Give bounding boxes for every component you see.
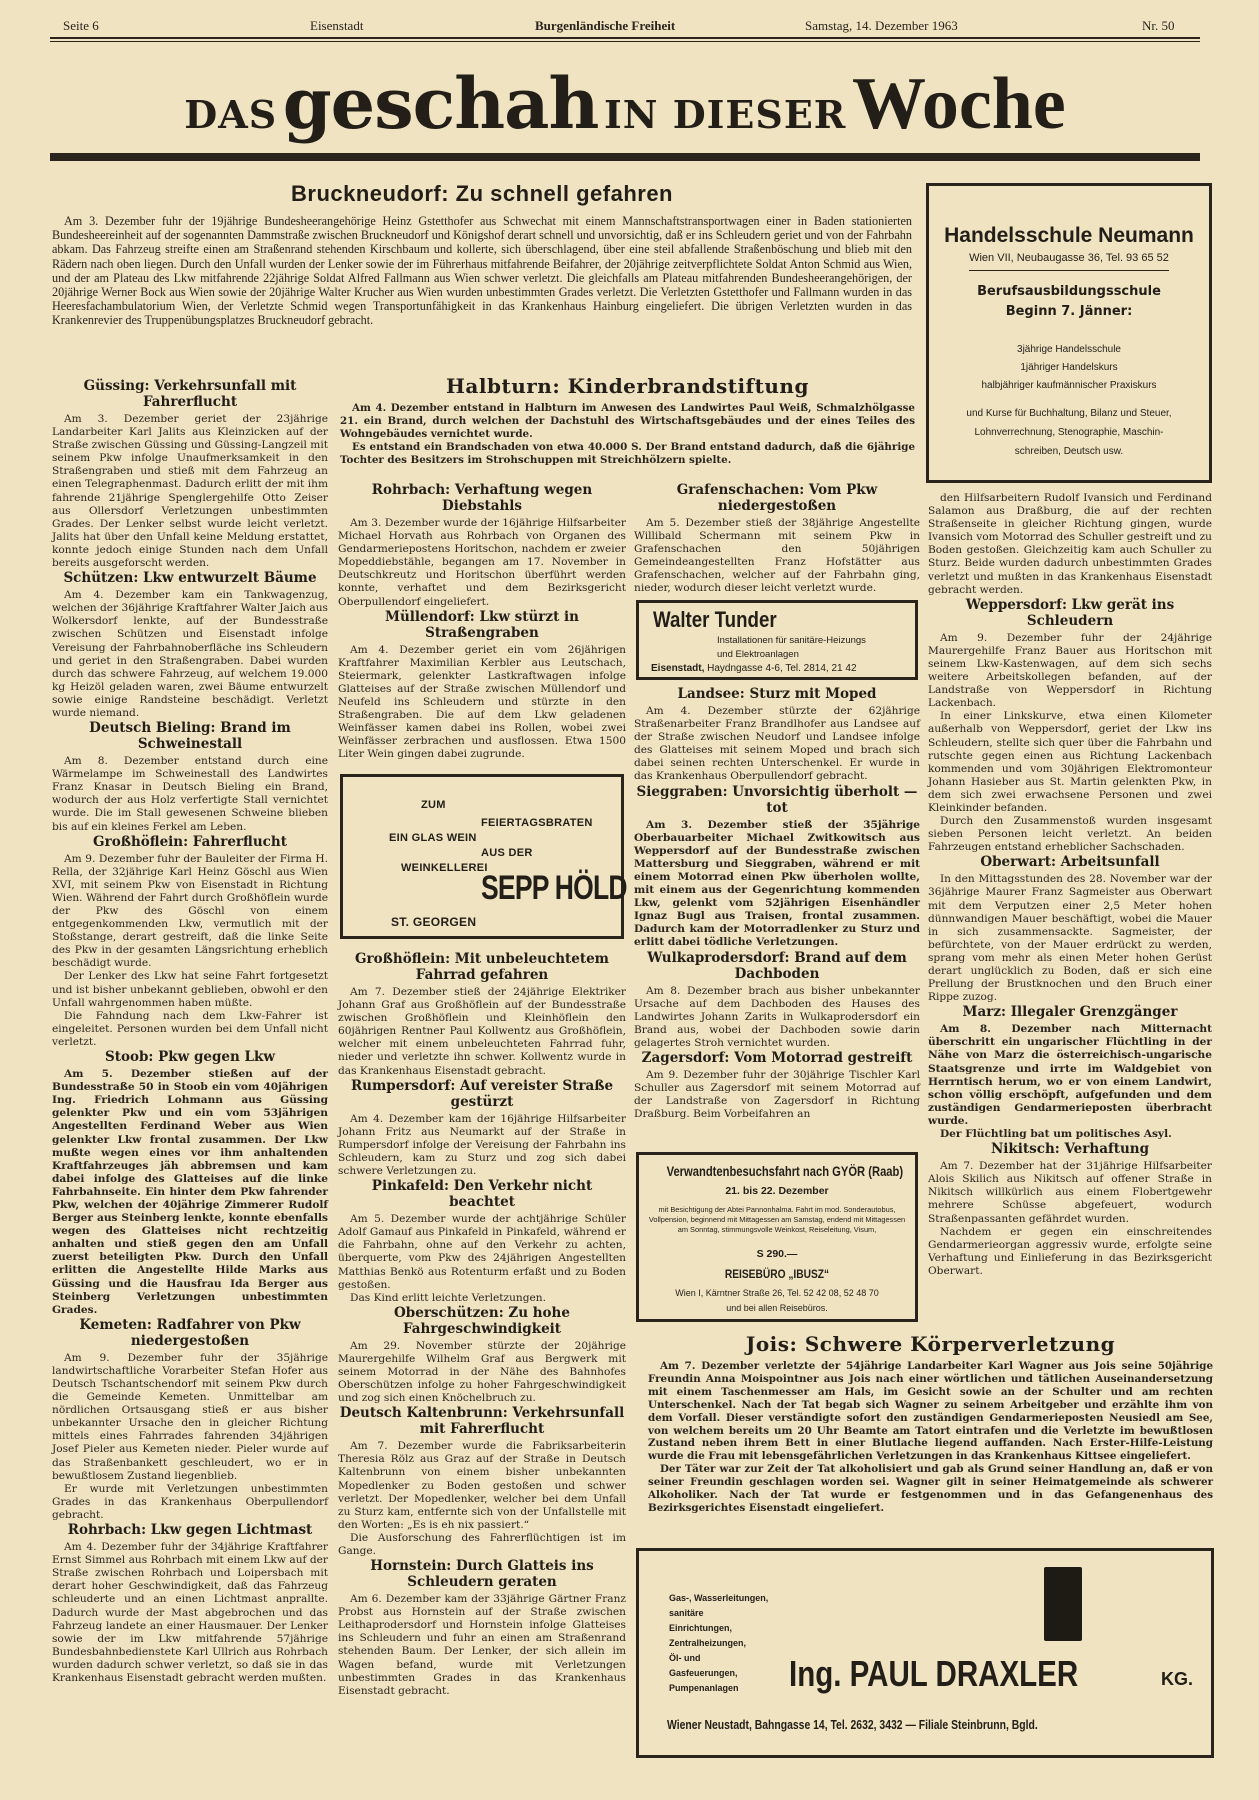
news-item: Schützen: Lkw entwurzelt BäumeAm 4. Deze… (52, 570, 328, 720)
ad-draxler-service: Zentralheizungen, (669, 1636, 768, 1651)
ad-neumann-divider (969, 270, 1169, 271)
news-item-paragraph: Am 6. Dezember kam der 33jährige Gärtner… (338, 1593, 626, 1698)
news-item-title: Oberwart: Arbeitsunfall (928, 854, 1212, 870)
news-item-paragraph: Am 8. Dezember nach Mitternacht überschr… (928, 1023, 1212, 1128)
ad-neumann-course-3: halbjähriger kaufmännischer Praxiskurs (929, 380, 1209, 391)
news-item-paragraph: Am 7. Dezember hat der 31jährige Hilfsar… (928, 1160, 1212, 1225)
news-item: Stoob: Pkw gegen LkwAm 5. Dezember stieß… (52, 1049, 328, 1317)
column-1: Güssing: Verkehrsunfall mit Fahrerflucht… (52, 378, 328, 1685)
ad-draxler-services: Gas-, Wasserleitungen, sanitäre Einricht… (669, 1591, 768, 1696)
news-item-paragraph: Am 4. Dezember stürzte der 62jährige Str… (634, 705, 920, 784)
news-item: Landsee: Sturz mit MopedAm 4. Dezember s… (634, 686, 920, 784)
news-item-paragraph: Am 3. Dezember wurde der 16jährige Hilfs… (338, 517, 626, 609)
news-item-title: Schützen: Lkw entwurzelt Bäume (52, 570, 328, 586)
ad-neumann-line1: Berufsausbildungsschule (929, 284, 1209, 299)
news-item-paragraph: In einer Linkskurve, etwa einen Kilomete… (928, 710, 1212, 815)
ad-tunder-city: Eisenstadt, (651, 663, 704, 674)
ad-tunder-line1: Installationen für sanitäre-Heizungs (717, 635, 866, 646)
news-item-title: Nikitsch: Verhaftung (928, 1141, 1212, 1157)
column-3-top: Grafenschachen: Vom Pkw niedergestoßenAm… (634, 482, 920, 596)
news-item-paragraph: Am 9. Dezember fuhr der 24jährige Maurer… (928, 632, 1212, 711)
ad-neumann-extra-2: Lohnverrechnung, Stenographie, Maschin- (929, 427, 1209, 438)
column-2-top: Rohrbach: Verhaftung wegen DiebstahlsAm … (338, 482, 626, 762)
halbturn-p1: Am 4. Dezember entstand in Halbturn im A… (340, 402, 915, 441)
news-item: Großhöflein: Mit unbeleuchtetem Fahrrad … (338, 951, 626, 1078)
ad-draxler-service: Pumpenanlagen (669, 1681, 768, 1696)
news-item-paragraph: Am 5. Dezember wurde der achtjährige Sch… (338, 1213, 626, 1292)
news-item-title: Grafenschachen: Vom Pkw niedergestoßen (634, 482, 920, 514)
column-4: den Hilfsarbeitern Rudolf Ivansich und F… (928, 492, 1212, 1278)
news-item: Deutsch Kaltenbrunn: Verkehrsunfall mit … (338, 1405, 626, 1558)
ad-tunder-name: Walter Tunder (653, 607, 777, 633)
halbturn-p2: Es entstand ein Brandschaden von etwa 40… (340, 441, 915, 467)
news-item: Sieggraben: Unvorsichtig überholt — totA… (634, 784, 920, 950)
news-item: Zagersdorf: Vom Motorrad gestreiftAm 9. … (634, 1050, 920, 1121)
ad-draxler-service: Einrichtungen, (669, 1621, 768, 1636)
news-item-title: Deutsch Kaltenbrunn: Verkehrsunfall mit … (338, 1405, 626, 1437)
news-item-paragraph: Am 4. Dezember kam der 16jährige Hilfsar… (338, 1113, 626, 1178)
ad-neumann-address: Wien VII, Neubaugasse 36, Tel. 93 65 52 (929, 252, 1209, 264)
news-item-paragraph: Der Lenker des Lkw hat seine Fahrt fortg… (52, 970, 328, 1009)
ad-draxler-address: Wiener Neustadt, Bahngasse 14, Tel. 2632… (667, 1717, 1038, 1732)
newspaper-name: Burgenländische Freiheit (535, 18, 675, 34)
news-item-title: Deutsch Bieling: Brand im Schweinestall (52, 720, 328, 752)
masthead-rule (50, 153, 1200, 161)
news-item-title: Großhöflein: Mit unbeleuchtetem Fahrrad … (338, 951, 626, 983)
news-item-paragraph: Die Fahndung nach dem Lkw-Fahrer ist ein… (52, 1010, 328, 1049)
ad-walter-tunder: Walter Tunder Installationen für sanitär… (636, 600, 918, 680)
section-masthead: DAS geschah IN DIESER Woche (50, 62, 1200, 156)
news-item-paragraph: Er wurde mit Verletzungen unbestimmten G… (52, 1483, 328, 1522)
jois-p1: Am 7. Dezember verletzte der 54jährige L… (648, 1360, 1213, 1463)
news-item-paragraph: Am 5. Dezember stießen auf der Bundesstr… (52, 1068, 328, 1317)
ad-sepp-line2: FEIERTAGSBRATEN (481, 817, 593, 829)
ad-tunder-address: Haydngasse 4-6, Tel. 2814, 21 42 (707, 663, 856, 674)
place-line: Eisenstadt (310, 18, 363, 34)
news-item-paragraph: Die Ausforschung des Fahrerflüchtigen is… (338, 1532, 626, 1558)
masthead-das: DAS (184, 92, 277, 137)
news-item: Deutsch Bieling: Brand im SchweinestallA… (52, 720, 328, 834)
ad-ibusz-address: Wien I, Kärntner Straße 26, Tel. 52 42 0… (639, 1288, 915, 1298)
ad-sepp-name: SEPP HÖLD (481, 869, 627, 908)
column-2-bottom: Großhöflein: Mit unbeleuchtetem Fahrrad … (338, 951, 626, 1698)
story-jois: Jois: Schwere Körperverletzung Am 7. Dez… (648, 1332, 1213, 1515)
news-item-paragraph: Am 7. Dezember wurde die Fabriksarbeiter… (338, 1440, 626, 1532)
news-item: Grafenschachen: Vom Pkw niedergestoßenAm… (634, 482, 920, 596)
news-item: Nikitsch: VerhaftungAm 7. Dezember hat d… (928, 1141, 1212, 1278)
news-item-title: Müllendorf: Lkw stürzt in Straßengraben (338, 609, 626, 641)
ad-ibusz-text: mit Besichtigung der Abtei Pannonhalma. … (647, 1205, 907, 1235)
news-item-paragraph: Am 4. Dezember kam ein Tankwagenzug, wel… (52, 589, 328, 720)
ad-tunder-line2: und Elektroanlagen (717, 649, 799, 660)
news-item-title: Zagersdorf: Vom Motorrad gestreift (634, 1050, 920, 1066)
news-item: Großhöflein: FahrerfluchtAm 9. Dezember … (52, 834, 328, 1049)
news-item: Güssing: Verkehrsunfall mit Fahrerflucht… (52, 378, 328, 570)
issue-number: Nr. 50 (1142, 18, 1175, 34)
news-item-title: Oberschützen: Zu hohe Fahrgeschwindigkei… (338, 1305, 626, 1337)
ad-draxler-service: sanitäre (669, 1606, 768, 1621)
ad-sepp-line3: EIN GLAS WEIN (389, 832, 477, 844)
masthead-woche: Woche (852, 63, 1066, 145)
ad-sepp-line4: AUS DER (481, 847, 533, 859)
news-item-title: Großhöflein: Fahrerflucht (52, 834, 328, 850)
ad-ibusz-footer: und bei allen Reisebüros. (639, 1303, 915, 1313)
ad-neumann-course-2: 1jähriger Handelskurs (929, 362, 1209, 373)
ad-ibusz-price: S 290.— (639, 1248, 915, 1260)
ad-draxler-suffix: KG. (1161, 1669, 1193, 1690)
news-item-paragraph: Am 9. Dezember fuhr der 30jährige Tischl… (634, 1069, 920, 1121)
news-item: Weppersdorf: Lkw gerät ins SchleudernAm … (928, 597, 1212, 855)
news-item-title: Rohrbach: Verhaftung wegen Diebstahls (338, 482, 626, 514)
masthead-geschah: geschah (283, 62, 599, 145)
news-item-paragraph: Am 3. Dezember stieß der 35jährige Oberb… (634, 819, 920, 950)
news-item-title: Pinkafeld: Den Verkehr nicht beachtet (338, 1178, 626, 1210)
ad-sepp-hoeld: ZUM FEIERTAGSBRATEN EIN GLAS WEIN AUS DE… (340, 774, 624, 939)
ad-draxler-name: Ing. PAUL DRAXLER (789, 1653, 1078, 1695)
news-item: Rohrbach: Verhaftung wegen DiebstahlsAm … (338, 482, 626, 609)
ad-sepp-line1: ZUM (421, 799, 446, 811)
jois-title: Jois: Schwere Körperverletzung (648, 1332, 1213, 1356)
news-item-paragraph: In den Mittagsstunden des 28. November w… (928, 873, 1212, 1004)
news-item-title: Stoob: Pkw gegen Lkw (52, 1049, 328, 1065)
ad-neumann-name: Handelsschule Neumann (929, 224, 1209, 248)
news-item-title: Rumpersdorf: Auf vereister Straße gestür… (338, 1078, 626, 1110)
news-item-title: Wulkaprodersdorf: Brand auf dem Dachbode… (634, 950, 920, 982)
lead-story-title: Bruckneudorf: Zu schnell gefahren (52, 180, 912, 208)
news-item-paragraph: Das Kind erlitt leichte Verletzungen. (338, 1292, 626, 1305)
ad-ibusz-dates: 21. bis 22. Dezember (639, 1185, 915, 1197)
news-item-paragraph: Am 9. Dezember fuhr der Bauleiter der Fi… (52, 853, 328, 971)
news-item-title: Landsee: Sturz mit Moped (634, 686, 920, 702)
news-item: Oberschützen: Zu hohe Fahrgeschwindigkei… (338, 1305, 626, 1405)
news-item: Rumpersdorf: Auf vereister Straße gestür… (338, 1078, 626, 1178)
masthead-in-dieser: IN DIESER (604, 92, 846, 137)
ad-neumann-course-1: 3jährige Handelsschule (929, 344, 1209, 355)
issue-date: Samstag, 14. Dezember 1963 (805, 18, 958, 34)
header-rule (50, 37, 1200, 39)
column-3-bottom: Landsee: Sturz mit MopedAm 4. Dezember s… (634, 686, 920, 1121)
news-item-paragraph: Am 8. Dezember brach aus bisher unbekann… (634, 985, 920, 1050)
news-item-title: Hornstein: Durch Glatteis ins Schleudern… (338, 1558, 626, 1590)
lead-story: Bruckneudorf: Zu schnell gefahren Am 3. … (52, 180, 912, 328)
lead-story-body: Am 3. Dezember fuhr der 19jährige Bundes… (52, 214, 912, 328)
jois-p2: Der Täter war zur Zeit der Tat alkoholis… (648, 1463, 1213, 1515)
ad-neumann-extra-1: und Kurse für Buchhaltung, Bilanz und St… (929, 408, 1209, 419)
ad-neumann-line2: Beginn 7. Jänner: (929, 304, 1209, 319)
news-item: Wulkaprodersdorf: Brand auf dem Dachbode… (634, 950, 920, 1050)
news-item: Kemeten: Radfahrer von Pkw niedergestoße… (52, 1317, 328, 1522)
ad-ibusz-agency: REISEBÜRO „IBUSZ“ (660, 1267, 895, 1281)
header-rule-2 (50, 41, 1200, 42)
news-item-paragraph: Am 4. Dezember geriet ein vom 26jährigen… (338, 644, 626, 762)
ad-paul-draxler: Gas-, Wasserleitungen, sanitäre Einricht… (636, 1548, 1214, 1758)
draxler-logo-block (1044, 1567, 1082, 1641)
ad-ibusz: Verwandtenbesuchsfahrt nach GYÖR (Raab) … (636, 1152, 918, 1322)
news-item-title: Sieggraben: Unvorsichtig überholt — tot (634, 784, 920, 816)
news-item-paragraph: Durch den Zusammenstoß wurden insgesamt … (928, 815, 1212, 854)
news-item-paragraph: Am 9. Dezember fuhr der 35jährige landwi… (52, 1352, 328, 1483)
story-halbturn: Halbturn: Kinderbrandstiftung Am 4. Deze… (340, 374, 915, 467)
news-item-paragraph: Nachdem er gegen ein einschreitendes Gen… (928, 1226, 1212, 1278)
page-number: Seite 6 (63, 18, 99, 34)
news-item-title: Weppersdorf: Lkw gerät ins Schleudern (928, 597, 1212, 629)
ad-neumann-extra-3: schreiben, Deutsch usw. (929, 446, 1209, 457)
news-item-title: Marz: Illegaler Grenzgänger (928, 1004, 1212, 1020)
news-item-paragraph: Am 3. Dezember geriet der 23jährige Land… (52, 413, 328, 570)
news-item: Pinkafeld: Den Verkehr nicht beachtetAm … (338, 1178, 626, 1305)
ad-draxler-service: Öl- und (669, 1651, 768, 1666)
news-item: Rohrbach: Lkw gegen LichtmastAm 4. Dezem… (52, 1522, 328, 1685)
news-item-paragraph: Am 7. Dezember stieß der 24jährige Elekt… (338, 986, 626, 1078)
news-item-paragraph: Am 4. Dezember fuhr der 34jährige Kraftf… (52, 1541, 328, 1685)
news-item: den Hilfsarbeitern Rudolf Ivansich und F… (928, 492, 1212, 597)
ad-draxler-service: Gas-, Wasserleitungen, (669, 1591, 768, 1606)
news-item-paragraph: den Hilfsarbeitern Rudolf Ivansich und F… (928, 492, 1212, 597)
news-item-paragraph: Am 29. November stürzte der 20jährige Ma… (338, 1340, 626, 1405)
news-item-title: Güssing: Verkehrsunfall mit Fahrerflucht (52, 378, 328, 410)
news-item: Müllendorf: Lkw stürzt in StraßengrabenA… (338, 609, 626, 762)
news-item-title: Kemeten: Radfahrer von Pkw niedergestoße… (52, 1317, 328, 1349)
news-item-paragraph: Am 5. Dezember stieß der 38jährige Anges… (634, 517, 920, 596)
news-item: Marz: Illegaler GrenzgängerAm 8. Dezembe… (928, 1004, 1212, 1141)
news-item-paragraph: Der Flüchtling bat um politisches Asyl. (928, 1128, 1212, 1141)
ad-draxler-service: Gasfeuerungen, (669, 1666, 768, 1681)
news-item-title: Rohrbach: Lkw gegen Lichtmast (52, 1522, 328, 1538)
ad-sepp-line5: WEINKELLEREI (401, 862, 488, 874)
news-item: Hornstein: Durch Glatteis ins Schleudern… (338, 1558, 626, 1698)
halbturn-title: Halbturn: Kinderbrandstiftung (340, 374, 915, 398)
news-item: Oberwart: ArbeitsunfallIn den Mittagsstu… (928, 854, 1212, 1004)
ad-handelsschule-neumann: Handelsschule Neumann Wien VII, Neubauga… (926, 183, 1212, 483)
news-item-paragraph: Am 8. Dezember entstand durch eine Wärme… (52, 755, 328, 834)
ad-sepp-place: ST. GEORGEN (391, 915, 476, 929)
ad-ibusz-title: Verwandtenbesuchsfahrt nach GYÖR (Raab) (667, 1163, 888, 1179)
